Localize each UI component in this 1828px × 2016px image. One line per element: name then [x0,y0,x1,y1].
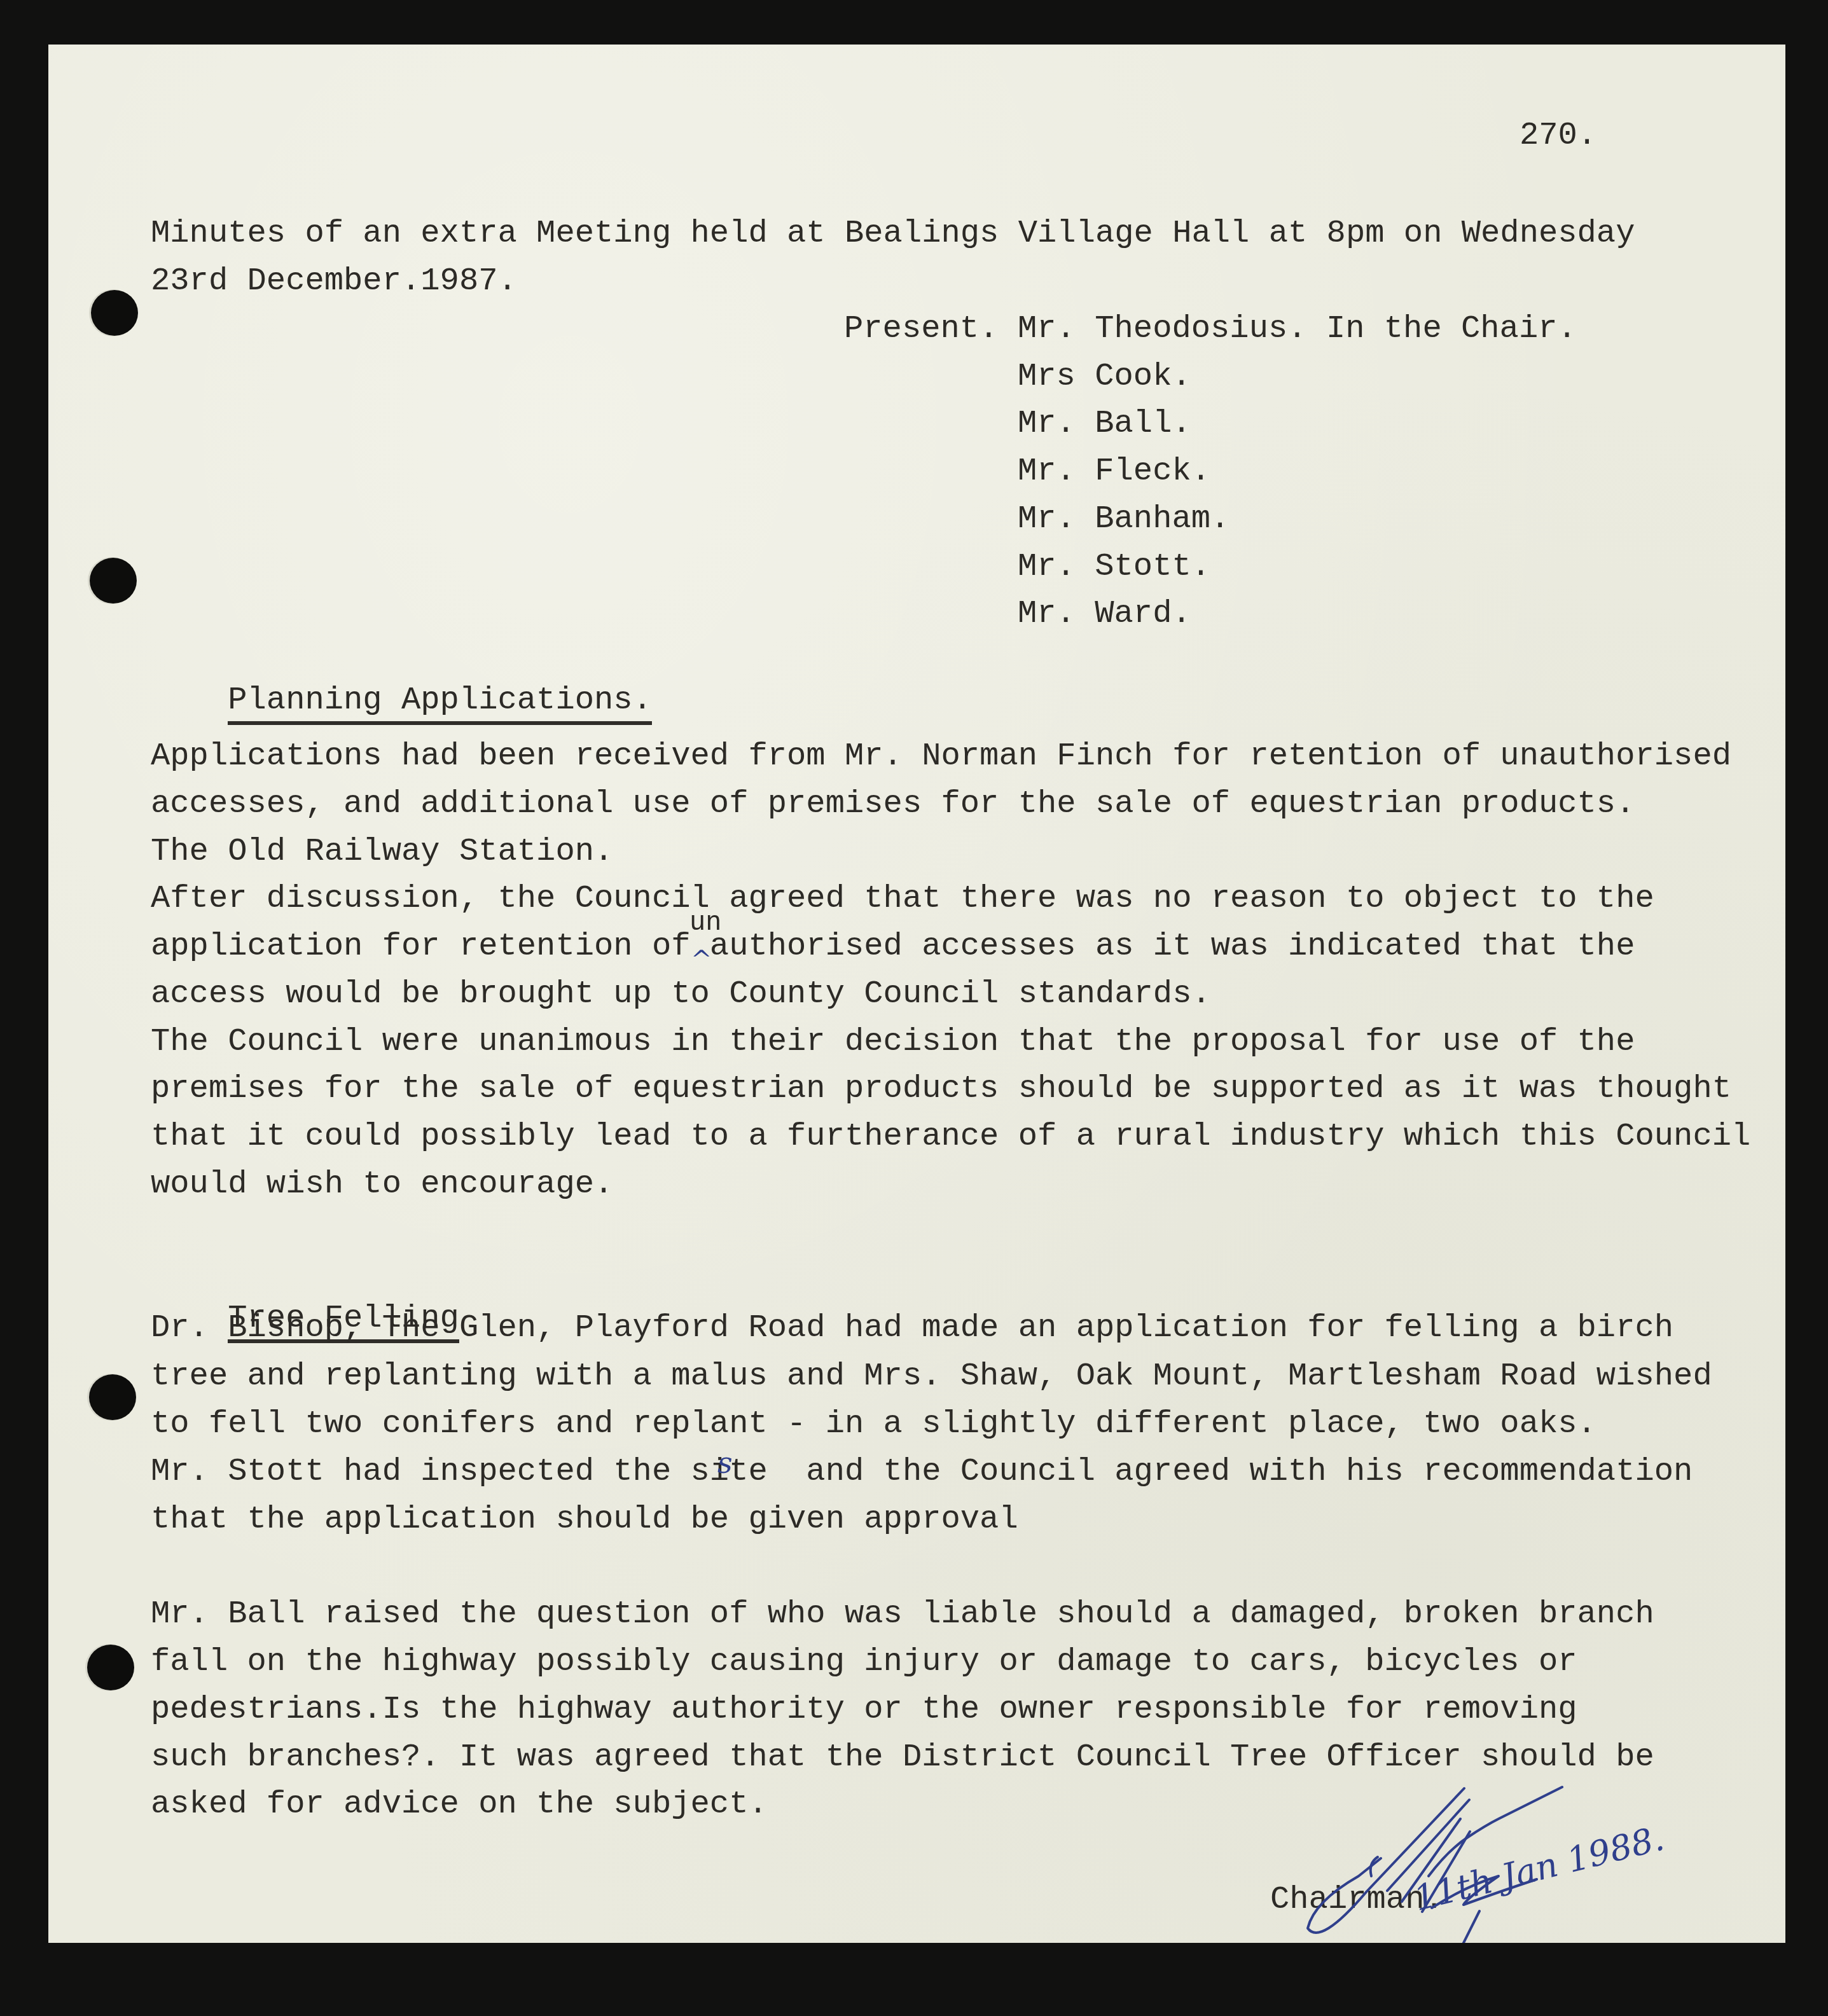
signature-icon [48,45,1785,1943]
document-page: 270. Minutes of an extra Meeting held at… [48,45,1785,1943]
